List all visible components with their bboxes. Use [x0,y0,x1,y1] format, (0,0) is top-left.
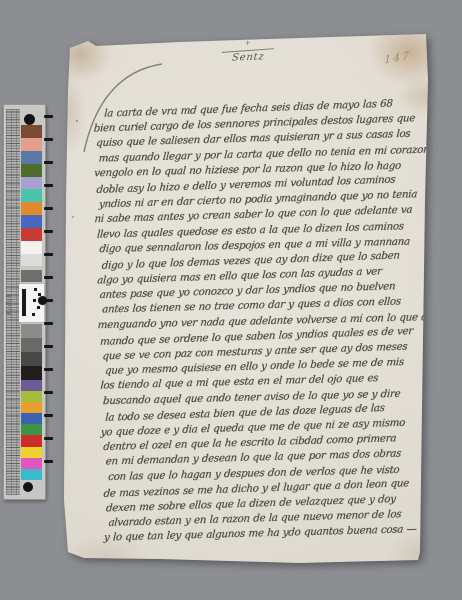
ink-fleck [76,120,78,122]
manuscript-text: la carta de vra md que fue fecha seis di… [94,96,441,546]
paper-sheet: + Sentz 147 la carta de vra md que fue f… [0,0,462,600]
archival-photo: Kodak + Sentz 147 la carta de vra md que… [0,0,462,600]
ink-fleck [72,216,74,218]
manuscript-page: + Sentz 147 la carta de vra md que fue f… [0,0,462,600]
cross-mark: + [218,39,278,48]
heading-docket: + Sentz [218,39,279,64]
heading-word: Sentz [218,51,279,64]
